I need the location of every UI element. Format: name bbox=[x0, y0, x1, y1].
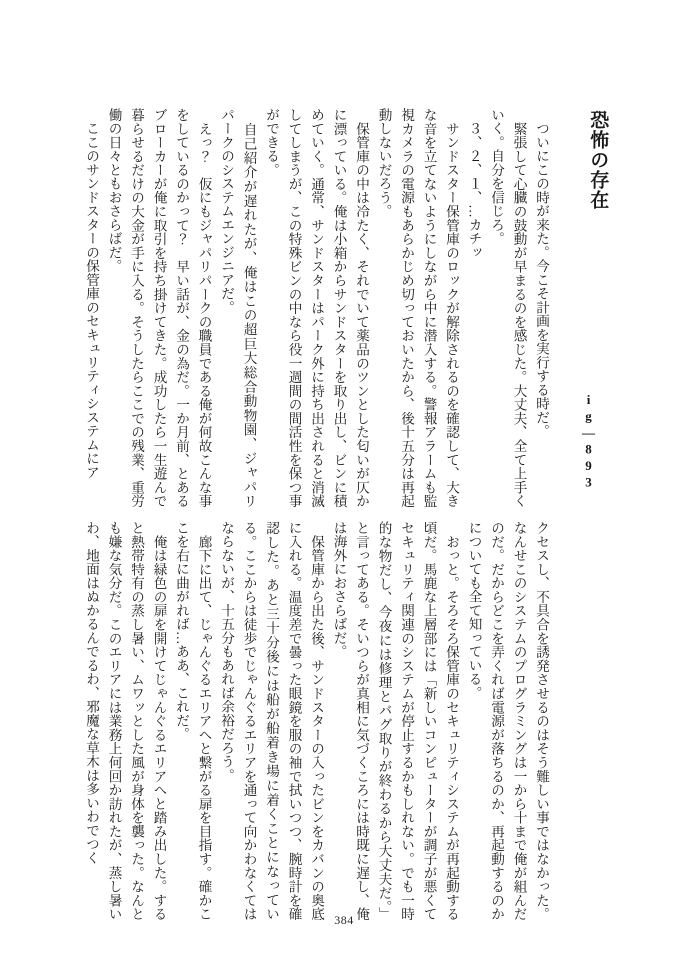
text-block-bottom: クセスし、不具合を誘発させるのはそう難しい事ではなかった。なんせこのシステムのプ… bbox=[74, 521, 552, 921]
author-name: ig―893 bbox=[580, 392, 596, 491]
paragraph: サンドスター保管庫のロックが解除されるのを確認して、大きな音を立てないようにしな… bbox=[372, 108, 462, 508]
paragraph: 自己紹介が遅れたが、俺はこの超巨大総合動物園、ジャパリパークのシステムエンジニア… bbox=[215, 108, 260, 508]
paragraph: えっ？ 仮にもジャパリパークの職員である俺が何故こんな事をしているのかって？ 早… bbox=[102, 108, 215, 508]
paragraph: 保管庫から出た後、サンドスターの入ったビンをカバンの奥底に入れる。温度差で曇った… bbox=[215, 521, 328, 921]
text-block-top: ついにこの時が来た。今こそ計画を実行する時だ。 緊張して心臓の鼓動が早まるのを感… bbox=[74, 108, 552, 508]
paragraph: おっと。そろそろ保管庫のセキュリティシステムが再起動する頃だ。馬鹿な上層部には「… bbox=[327, 521, 462, 921]
paragraph: クセスし、不具合を誘発させるのはそう難しい事ではなかった。なんせこのシステムのプ… bbox=[462, 521, 552, 921]
paragraph: ３、２、１、…カチッ bbox=[462, 108, 485, 508]
paragraph: 廊下に出て、じゃんぐるエリアへと繋がる扉を目指す。確かここを右に曲がれば…ああ、… bbox=[170, 521, 215, 921]
paragraph: 緊張して心臓の鼓動が早まるのを感じた。大丈夫、全て上手くいく。自分を信じろ。 bbox=[485, 108, 530, 508]
paragraph: ここのサンドスターの保管庫のセキュリティシステムにア bbox=[80, 108, 103, 508]
paragraph: ついにこの時が来た。今こそ計画を実行する時だ。 bbox=[530, 108, 553, 508]
paragraph: 保管庫の中は冷たく、それでいて薬品のツンとした匂いが仄かに漂っている。俺は小箱か… bbox=[260, 108, 373, 508]
paragraph: 俺は緑色の扉を開けてじゃんぐるエリアへと踏み出した。すると熱帯特有の蒸し暑い、ム… bbox=[80, 521, 170, 921]
page-title: 恐怖の存在 bbox=[584, 110, 611, 210]
page-number: 384 bbox=[0, 913, 688, 928]
book-page: 恐怖の存在 ig―893 ついにこの時が来た。今こそ計画を実行する時だ。 緊張し… bbox=[0, 0, 688, 971]
